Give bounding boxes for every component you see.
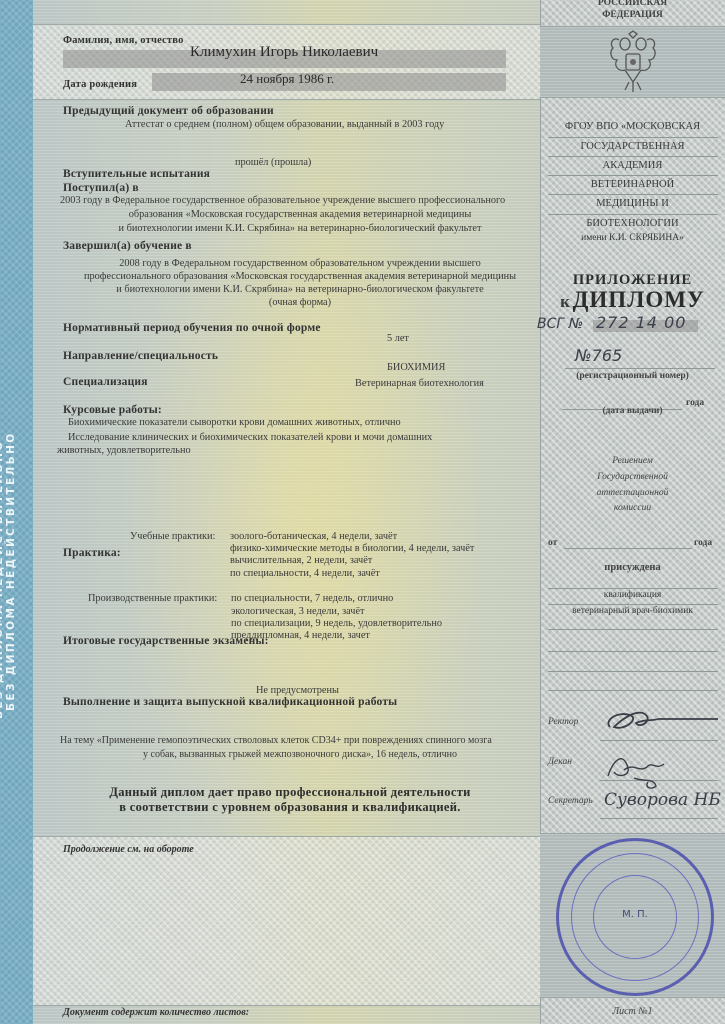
rule bbox=[548, 137, 718, 138]
dean-signature-icon bbox=[604, 748, 674, 790]
educational-practice-1: зоолого-ботаническая, 4 недели, зачёт bbox=[230, 531, 397, 542]
continuation-band bbox=[33, 836, 540, 1006]
sheet-number: Лист №1 bbox=[540, 1006, 725, 1017]
secretary-label: Секретарь bbox=[548, 796, 593, 806]
rule bbox=[548, 604, 718, 605]
stripe-warning-text: БЕЗ ДИПЛОМА НЕДЕЙСТВИТЕЛЬНО БЕЗ ДИПЛОМА … bbox=[0, 319, 17, 719]
entrance-label: Вступительные испытания bbox=[63, 168, 210, 180]
from-suffix: года bbox=[694, 538, 712, 548]
awarded-label: присуждена bbox=[540, 562, 725, 573]
institution-line-7: имени К.И. СКРЯБИНА» bbox=[540, 233, 725, 243]
rule bbox=[548, 671, 718, 672]
institution-line-4: ВЕТЕРИНАРНОЙ bbox=[540, 179, 725, 190]
educational-practice-4: по специальности, 4 недели, зачёт bbox=[230, 568, 380, 579]
decision-line-2: Государственной bbox=[540, 472, 725, 482]
completed-line-1: 2008 году в Федеральном государственном … bbox=[60, 258, 540, 269]
production-practice-1: по специальности, 7 недель, отлично bbox=[231, 593, 393, 604]
country-line-1: РОССИЙСКАЯ bbox=[540, 0, 725, 8]
enrolled-line-2: образования «Московская государственная … bbox=[60, 209, 540, 220]
coursework-item-3: животных, удовлетворительно bbox=[57, 445, 191, 456]
educational-practice-2: физико-химические методы в биологии, 4 н… bbox=[230, 543, 474, 554]
secretary-signature-line bbox=[600, 818, 718, 819]
prev-doc-label: Предыдущий документ об образовании bbox=[63, 105, 274, 117]
institution-line-1: ФГОУ ВПО «МОСКОВСКАЯ bbox=[540, 121, 725, 132]
final-exams-label: Итоговые государственные экзамены: bbox=[63, 635, 269, 647]
completed-line-3: и биотехнологии имени К.И. Скрябина» на … bbox=[60, 284, 540, 295]
reg-caption: (регистрационный номер) bbox=[540, 371, 725, 381]
side-security-stripe: БЕЗ ДИПЛОМА НЕДЕЙСТВИТЕЛЬНО БЕЗ ДИПЛОМА … bbox=[0, 0, 33, 1024]
enrolled-label: Поступил(а) в bbox=[63, 182, 139, 194]
completed-line-2: профессионального образования «Московска… bbox=[60, 271, 540, 282]
educational-practice-3: вычислительная, 2 недели, зачёт bbox=[230, 555, 372, 566]
practice-label: Практика: bbox=[63, 547, 121, 559]
qualification-caption: квалификация bbox=[540, 590, 725, 600]
direction-label: Направление/специальность bbox=[63, 350, 218, 362]
declaration-line-1: Данный диплом дает право профессионально… bbox=[40, 785, 540, 800]
secretary-signature: Суворова НБ bbox=[604, 790, 721, 810]
rule bbox=[565, 368, 715, 369]
rule bbox=[548, 629, 718, 630]
direction-value: БИОХИМИЯ bbox=[387, 362, 445, 373]
rule bbox=[548, 194, 718, 195]
name-label: Фамилия, имя, отчество bbox=[63, 35, 184, 46]
institution-line-2: ГОСУДАРСТВЕННАЯ bbox=[540, 141, 725, 152]
coursework-item-1: Биохимические показатели сыворотки крови… bbox=[68, 417, 401, 428]
rule bbox=[548, 156, 718, 157]
completed-line-4: (очная форма) bbox=[60, 297, 540, 308]
stripe-line-2: БЕЗ ДИПЛОМА НЕДЕЙСТВИТЕЛЬНО bbox=[5, 319, 17, 719]
rector-signature-line bbox=[600, 740, 718, 741]
rule bbox=[548, 175, 718, 176]
thesis-label: Выполнение и защита выпускной квалификац… bbox=[63, 696, 397, 708]
rule bbox=[548, 651, 718, 652]
decision-line-3: аттестационной bbox=[540, 488, 725, 498]
production-practice-2: экологическая, 3 недели, зачёт bbox=[231, 606, 365, 617]
thesis-line-1: На тему «Применение гемопоэтических ство… bbox=[60, 735, 492, 746]
institution-line-5: МЕДИЦИНЫ И bbox=[540, 198, 725, 209]
decision-line-4: комиссии bbox=[540, 503, 725, 513]
reg-number: №765 bbox=[575, 346, 622, 365]
thesis-line-2: у собак, вызванных грыжей межпозвоночног… bbox=[60, 749, 540, 760]
prev-doc-value: Аттестат о среднем (полном) общем образо… bbox=[125, 119, 444, 130]
institution-line-3: АКАДЕМИЯ bbox=[540, 160, 725, 171]
period-value: 5 лет bbox=[387, 333, 409, 344]
rector-label: Ректор bbox=[548, 717, 578, 727]
entrance-value: прошёл (прошла) bbox=[235, 157, 311, 168]
rector-signature-icon bbox=[600, 705, 720, 735]
official-seal: М. П. bbox=[556, 838, 714, 996]
title-main: ДИПЛОМУ bbox=[573, 287, 705, 312]
from-label: от bbox=[548, 538, 557, 548]
specialization-label: Специализация bbox=[63, 376, 148, 388]
rule bbox=[548, 214, 718, 215]
rule bbox=[548, 690, 718, 691]
period-label: Нормативный период обучения по очной фор… bbox=[63, 322, 321, 334]
coursework-label: Курсовые работы: bbox=[63, 404, 162, 416]
qualification-value: ветеринарный врач-биохимик bbox=[540, 606, 725, 616]
title-prefix: к bbox=[560, 292, 570, 311]
title-line-2: к ДИПЛОМУ bbox=[540, 287, 725, 313]
coat-of-arms-icon bbox=[605, 30, 661, 94]
series-number: 272 14 00 bbox=[596, 313, 686, 332]
series-label: ВСГ № bbox=[537, 316, 583, 332]
issue-caption: (дата выдачи) bbox=[540, 406, 725, 416]
dean-label: Декан bbox=[548, 757, 572, 767]
birth-label: Дата рождения bbox=[63, 79, 137, 90]
specialization-value: Ветеринарная биотехнология bbox=[355, 378, 484, 389]
rule bbox=[548, 588, 718, 589]
enrolled-line-1: 2003 году в Федеральное государственное … bbox=[60, 195, 505, 206]
production-practice-label: Производственные практики: bbox=[88, 593, 217, 604]
seal-center-text: М. П. bbox=[559, 909, 711, 920]
from-date-line bbox=[564, 548, 692, 549]
name-value: Климухин Игорь Николаевич bbox=[190, 44, 378, 61]
institution-line-6: БИОТЕХНОЛОГИИ bbox=[540, 218, 725, 229]
final-exams-value: Не предусмотрены bbox=[256, 685, 339, 696]
decision-line-1: Решением bbox=[540, 456, 725, 466]
continued-note: Продолжение см. на обороте bbox=[63, 844, 194, 855]
diploma-supplement-page: БЕЗ ДИПЛОМА НЕДЕЙСТВИТЕЛЬНО БЕЗ ДИПЛОМА … bbox=[0, 0, 725, 1024]
completed-label: Завершил(а) обучение в bbox=[63, 240, 192, 252]
enrolled-line-3: и биотехнологии имени К.И. Скрябина» на … bbox=[60, 223, 540, 234]
coursework-item-2: Исследование клинических и биохимических… bbox=[68, 432, 432, 443]
educational-practice-label: Учебные практики: bbox=[130, 531, 215, 542]
declaration-line-2: в соответствии с уровнем образования и к… bbox=[40, 800, 540, 815]
production-practice-3: по специализации, 9 недель, удовлетворит… bbox=[231, 618, 442, 629]
birth-value: 24 ноября 1986 г. bbox=[240, 71, 334, 87]
sheets-count-label: Документ содержит количество листов: bbox=[63, 1007, 249, 1018]
country-line-2: ФЕДЕРАЦИЯ bbox=[540, 10, 725, 20]
